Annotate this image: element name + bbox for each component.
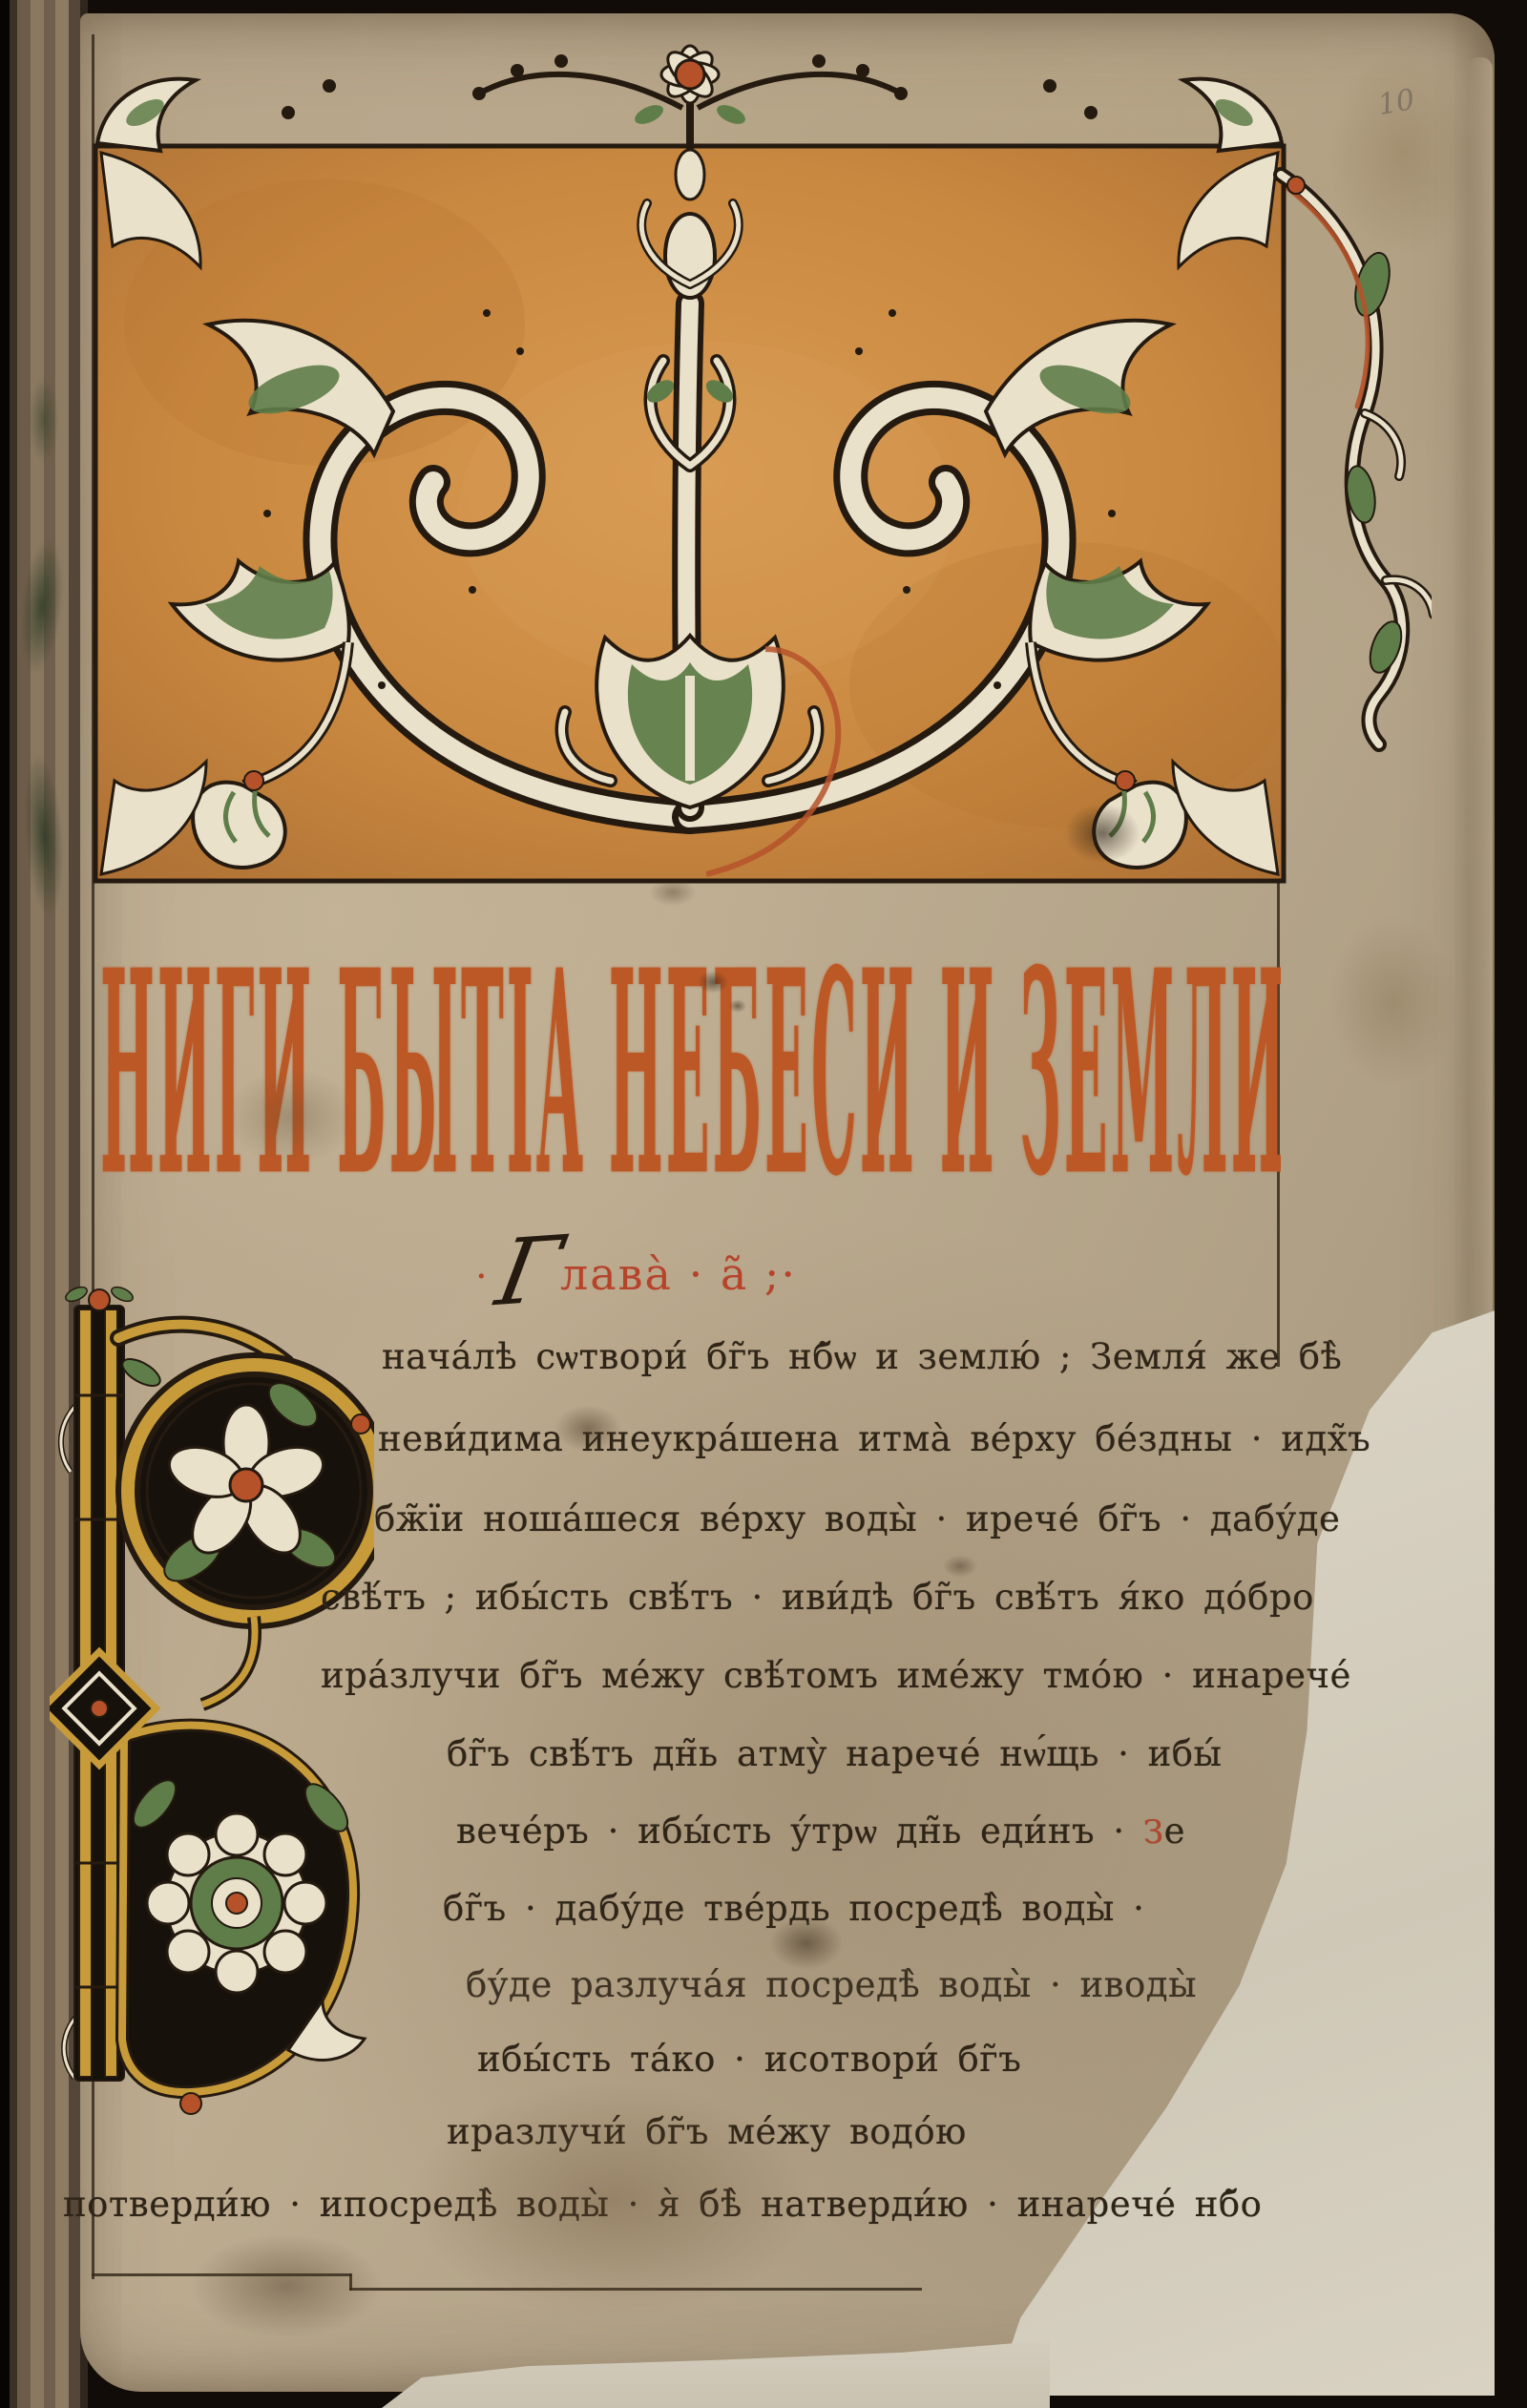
text-line: иразлучи́ бг̃ъ ме́жу водо́ю xyxy=(447,2111,967,2152)
photographed-manuscript-page: КНИГИ БЫТІА НЕБЕСИ И ЗЕМЛИ : · Глава̀ · … xyxy=(0,0,1527,2408)
chapter-heading: · Глава̀ · а̃ ;· xyxy=(475,1243,797,1300)
text-line: потверди́ю · ипосредѣ̀ воды̀ · я̀ бѣ̀ на… xyxy=(63,2184,1262,2225)
headpiece-ornament xyxy=(38,17,1432,914)
text-line: бж̃їи ноша́шеся ве́рху воды̀ · ирече́ бг… xyxy=(374,1498,1340,1539)
folio-number: 10 xyxy=(1375,83,1417,122)
text-line: ибы́сть та́ко · исотвори́ бг̃ъ xyxy=(477,2039,1021,2080)
text-line: бу́де разлуча́я посредѣ̀ воды̀ · иводы̀ xyxy=(466,1964,1197,2005)
rubric-mark: З xyxy=(1143,1813,1164,1852)
rubric-tail: е xyxy=(1164,1811,1185,1852)
text-line: бг̃ъ · дабу́де тве́рдь посредѣ̀ воды̀ · xyxy=(443,1888,1144,1929)
text-line: бг̃ъ свѣ́тъ дн̃ь атму̀ нарече́ нѡ́щь · и… xyxy=(447,1733,1223,1775)
chapter-label: лава̀ xyxy=(560,1248,689,1300)
frame-line-bottom xyxy=(92,2273,351,2276)
text-line: свѣ́тъ ; ибы́сть свѣ́тъ · иви́дѣ бг̃ъ св… xyxy=(321,1577,1314,1618)
text-line: нача́лѣ сѡтвори́ бг̃ъ нб̃ѡ и землю́ ; Зе… xyxy=(382,1336,1342,1378)
frame-line-bottom xyxy=(349,2288,922,2291)
vyaz-title-text: КНИГИ БЫТІА НЕБЕСИ И ЗЕМЛИ : xyxy=(99,909,1281,1237)
vyaz-title-band: КНИГИ БЫТІА НЕБЕСИ И ЗЕМЛИ : xyxy=(99,909,1281,1237)
text-line-segment: вече́ръ · ибы́сть у́трѡ дн̃ь еди́нъ · xyxy=(456,1811,1125,1852)
text-line: вече́ръ · ибы́сть у́трѡ дн̃ь еди́нъ · Зе xyxy=(456,1811,1185,1853)
drop-cap-letter: В xyxy=(115,1489,269,1733)
text-line: ира́злучи бг̃ъ ме́жу свѣ́томъ име́жу тмо… xyxy=(321,1655,1351,1696)
chapter-initial: Г xyxy=(494,1241,566,1302)
text-line: неви́дима инеукра́шена итма̀ ве́рху бе́з… xyxy=(378,1418,1370,1459)
headpiece-right-cascade xyxy=(1281,175,1432,744)
headpiece-top-finial xyxy=(282,46,1098,149)
chapter-number: · а̃ ;· xyxy=(689,1248,797,1300)
